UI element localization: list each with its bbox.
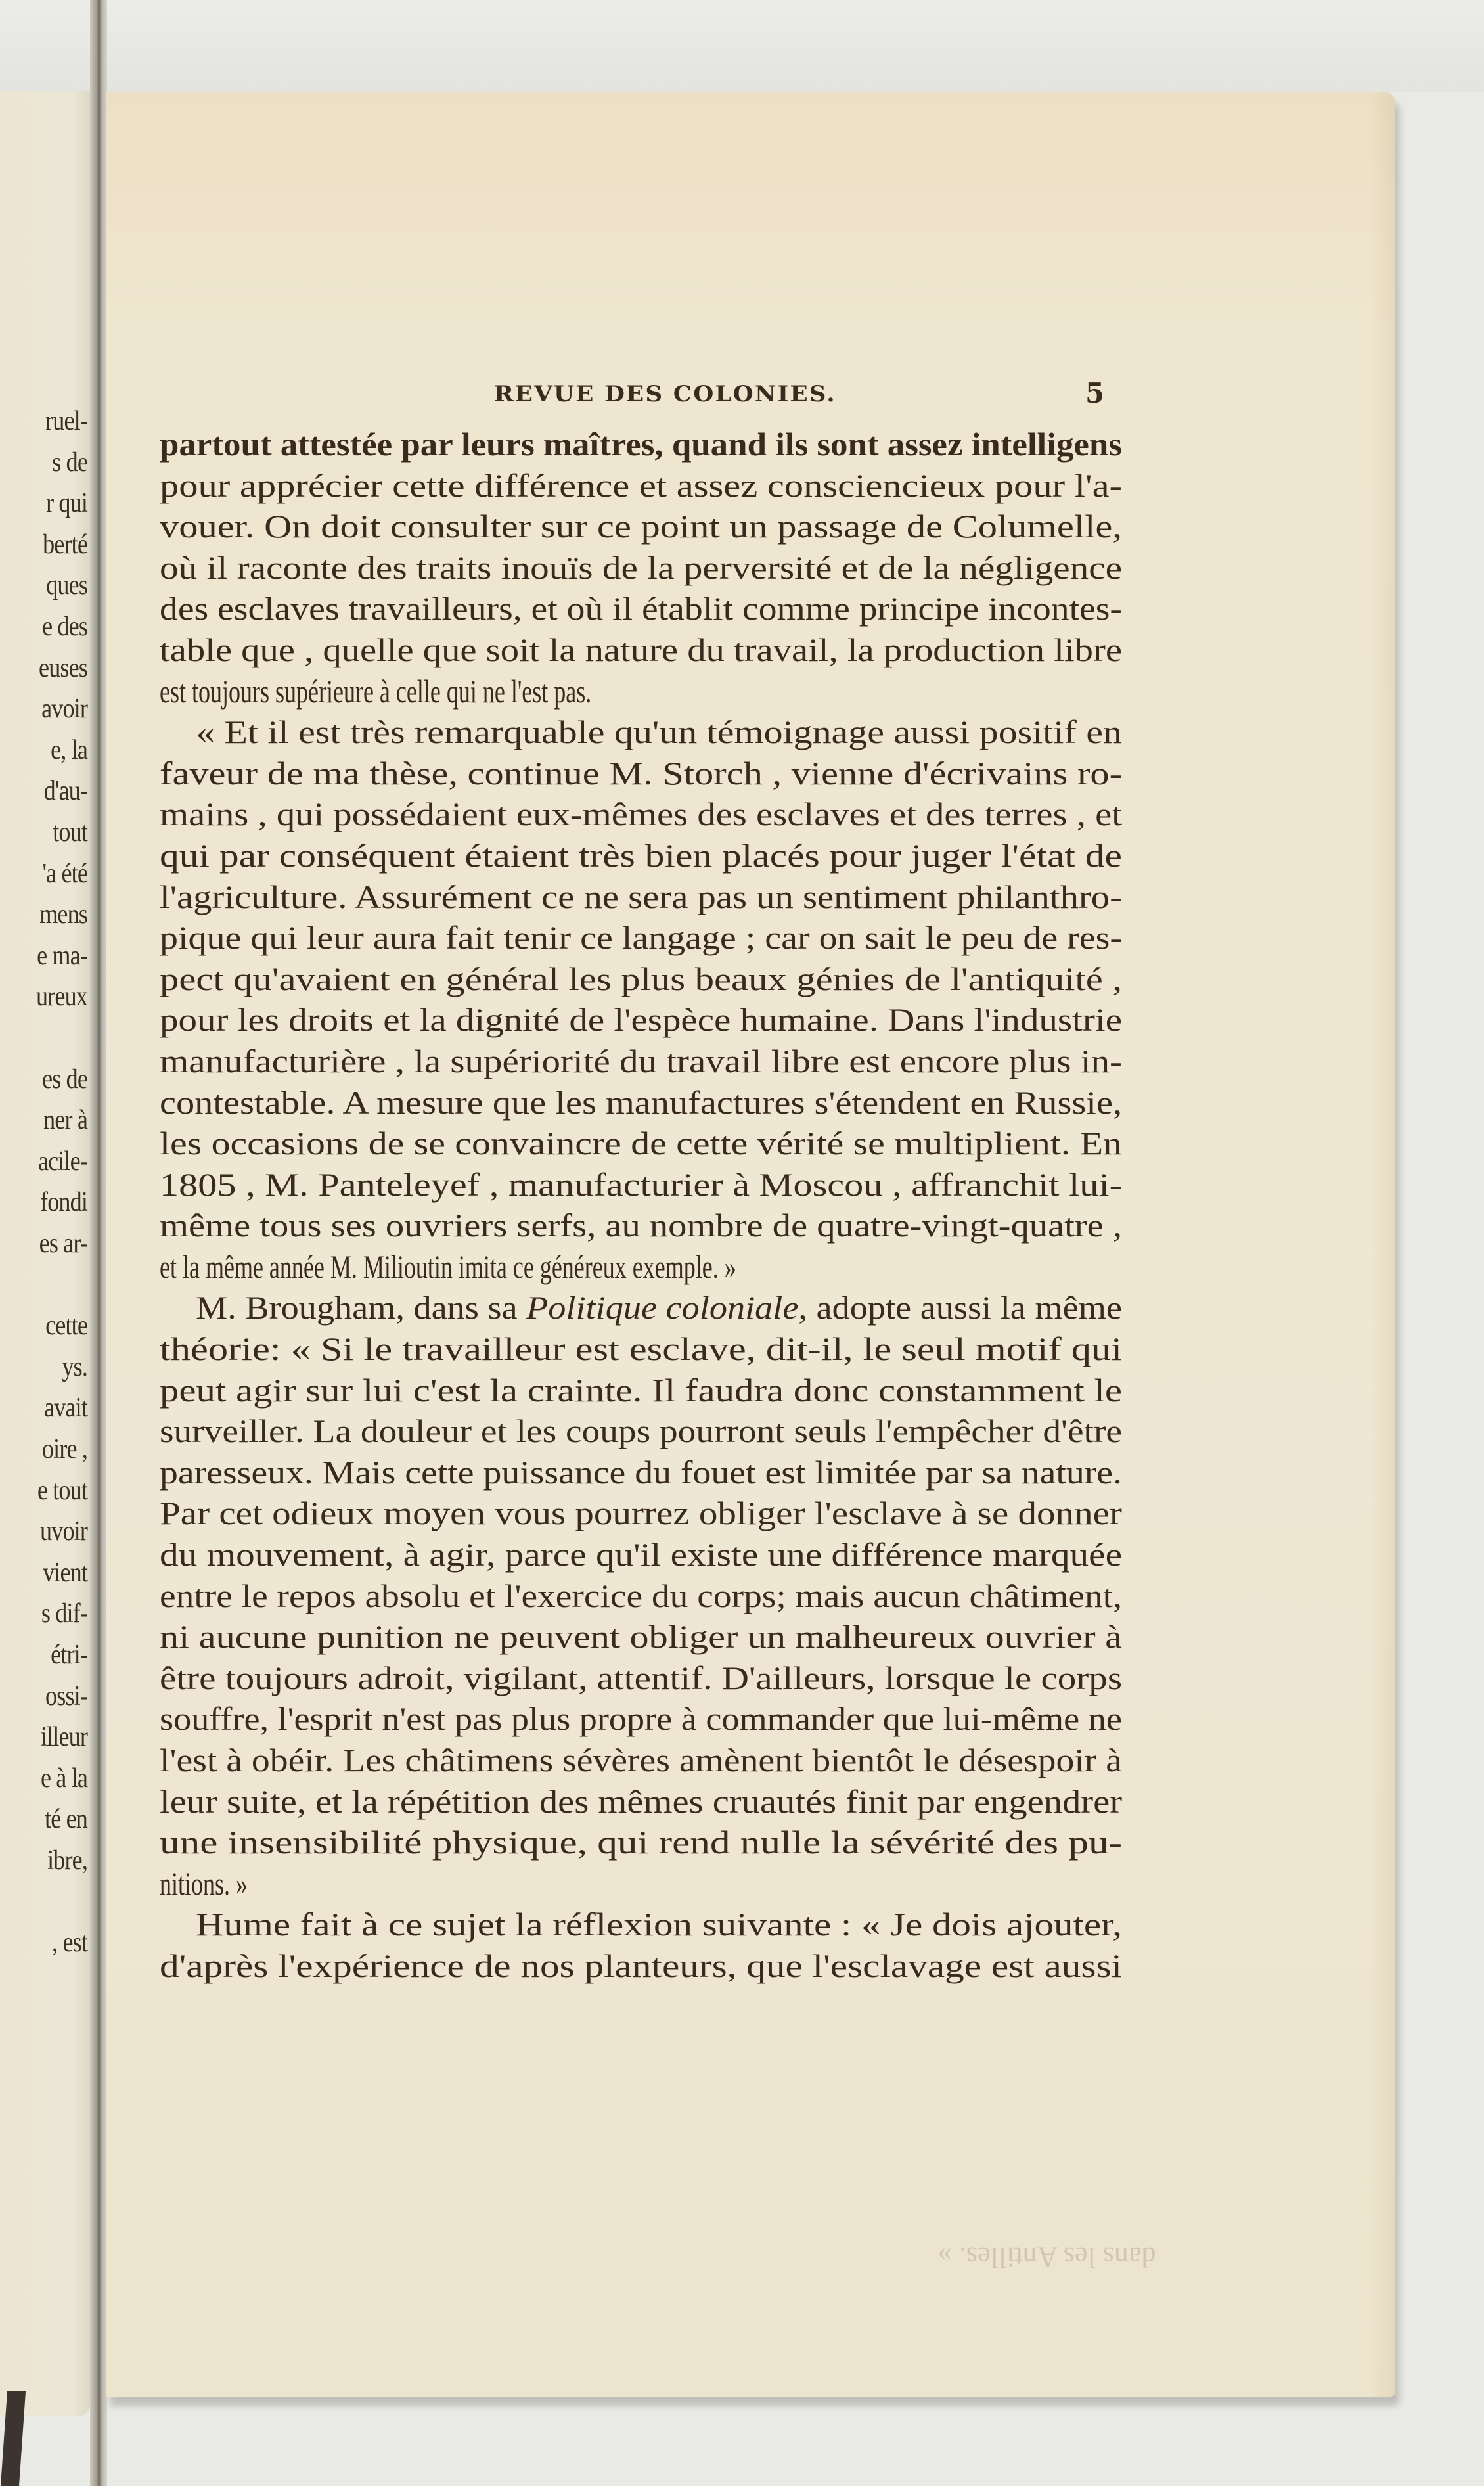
- text-line-content: une insensibilité physique, qui rend nul…: [160, 1822, 1122, 1863]
- scan-background: [0, 0, 1484, 92]
- text-line-content: où il raconte des traits inouïs de la pe…: [160, 547, 1122, 589]
- left-page-line: d'au-: [9, 771, 87, 812]
- text-line: faveur de ma thèse, continue M. Storch ,…: [160, 753, 1122, 794]
- text-line: ni aucune punition ne peuvent obliger un…: [160, 1616, 1122, 1658]
- text-line-content: d'après l'expérience de nos planteurs, q…: [160, 1945, 1122, 1987]
- text-line: partout attestée par leurs maîtres, quan…: [160, 424, 1122, 465]
- text-line-content: « Et il est très remarquable qu'un témoi…: [196, 712, 1122, 753]
- book-gutter: [90, 0, 107, 2486]
- left-page-line: berté: [9, 524, 87, 566]
- text-line: pour apprécier cette différence et assez…: [160, 465, 1122, 507]
- text-line: l'est à obéir. Les châtimens sévères amè…: [160, 1740, 1122, 1781]
- text-line-content: théorie: « Si le travailleur est esclave…: [160, 1328, 1122, 1370]
- left-page-line: euses: [9, 648, 87, 689]
- text-line-content: pour apprécier cette différence et assez…: [160, 465, 1122, 507]
- text-line: pique qui leur aura fait tenir ce langag…: [160, 917, 1122, 959]
- text-line: 1805 , M. Panteleyef , manufacturier à M…: [160, 1164, 1122, 1206]
- text-line: entre le repos absolu et l'exercice du c…: [160, 1575, 1122, 1617]
- text-line-content: les occasions de se convaincre de cette …: [160, 1123, 1122, 1164]
- running-head: REVUE DES COLONIES. 5: [106, 381, 1395, 420]
- text-line-content: pour les droits et la dignité de l'espèc…: [160, 999, 1122, 1041]
- left-page-line: ques: [9, 565, 87, 606]
- text-line: et la même année M. Milioutin imita ce g…: [160, 1246, 1122, 1288]
- left-page-line: tout: [9, 812, 87, 853]
- left-page-line: avoir: [9, 689, 87, 730]
- text-line: l'agriculture. Assurément ce ne sera pas…: [160, 876, 1122, 918]
- previous-page-fragment: ruel-s der quibertéquese deseusesavoire,…: [0, 91, 90, 2416]
- left-page-line: 'a été: [9, 853, 87, 895]
- text-line-content: surveiller. La douleur et les coups pour…: [160, 1411, 1122, 1452]
- left-page-line: ys.: [9, 1347, 87, 1388]
- text-line: pour les droits et la dignité de l'espèc…: [160, 999, 1122, 1041]
- text-line: pect qu'avaient en général les plus beau…: [160, 959, 1122, 1000]
- text-line-content: contestable. A mesure que les manufactur…: [160, 1082, 1122, 1123]
- text-line: vouer. On doit consulter sur ce point un…: [160, 506, 1122, 547]
- left-page-line: ureux: [9, 976, 87, 1018]
- left-page-line: r qui: [9, 483, 87, 524]
- text-line-content: entre le repos absolu et l'exercice du c…: [160, 1575, 1122, 1617]
- text-line-content: des esclaves travailleurs, et où il étab…: [160, 588, 1122, 629]
- left-page-line: e, la: [9, 730, 87, 771]
- text-line-content: et la même année M. Milioutin imita ce g…: [160, 1246, 736, 1288]
- text-line-content: l'agriculture. Assurément ce ne sera pas…: [160, 876, 1122, 918]
- text-line: leur suite, et la répétition des mêmes c…: [160, 1781, 1122, 1822]
- left-page-line: , est: [9, 1922, 87, 1964]
- text-line-content: est toujours supérieure à celle qui ne l…: [160, 671, 591, 712]
- text-line-content: même tous ses ouvriers serfs, au nombre …: [160, 1205, 1122, 1246]
- text-line-content: l'est à obéir. Les châtimens sévères amè…: [160, 1740, 1122, 1781]
- book-page: REVUE DES COLONIES. 5 partout attestée p…: [106, 92, 1395, 2397]
- text-line: surveiller. La douleur et les coups pour…: [160, 1411, 1122, 1452]
- left-page-line: e ma-: [9, 936, 87, 977]
- left-page-line: ruel-: [9, 401, 87, 442]
- left-page-line: es de: [9, 1059, 87, 1100]
- text-line-content: nitions. »: [160, 1863, 248, 1905]
- left-page-line: acile-: [9, 1141, 87, 1183]
- left-page-line: mens: [9, 894, 87, 936]
- body-text: partout attestée par leurs maîtres, quan…: [160, 424, 1122, 1987]
- text-line: table que , quelle que soit la nature du…: [160, 629, 1122, 671]
- text-line: M. Brougham, dans sa Politique coloniale…: [160, 1287, 1122, 1328]
- text-line: même tous ses ouvriers serfs, au nombre …: [160, 1205, 1122, 1246]
- text-line: théorie: « Si le travailleur est esclave…: [160, 1328, 1122, 1370]
- text-line: manufacturière , la supériorité du trava…: [160, 1041, 1122, 1082]
- text-line: qui par conséquent étaient très bien pla…: [160, 835, 1122, 876]
- left-page-line: oire ,: [9, 1429, 87, 1470]
- text-line: une insensibilité physique, qui rend nul…: [160, 1822, 1122, 1863]
- left-page-line: e des: [9, 606, 87, 648]
- text-line-content: qui par conséquent étaient très bien pla…: [160, 835, 1122, 876]
- text-line: contestable. A mesure que les manufactur…: [160, 1082, 1122, 1123]
- left-page-line: e tout: [9, 1470, 87, 1512]
- text-line: d'après l'expérience de nos planteurs, q…: [160, 1945, 1122, 1987]
- text-line-content: Hume fait à ce sujet la réflexion suivan…: [196, 1904, 1122, 1945]
- text-line-content: 1805 , M. Panteleyef , manufacturier à M…: [160, 1164, 1122, 1206]
- text-line: nitions. »: [160, 1863, 1122, 1905]
- italic-title: Politique coloniale: [526, 1289, 798, 1326]
- text-line: des esclaves travailleurs, et où il étab…: [160, 588, 1122, 629]
- text-line-content: peut agir sur lui c'est la crainte. Il f…: [160, 1370, 1122, 1411]
- left-page-line: illeur: [9, 1717, 87, 1758]
- left-page-line: e à la: [9, 1758, 87, 1799]
- left-page-line: es ar-: [9, 1223, 87, 1265]
- text-segment: M. Brougham, dans sa: [196, 1289, 526, 1326]
- text-line-content: faveur de ma thèse, continue M. Storch ,…: [160, 753, 1122, 794]
- left-page-line: té en: [9, 1799, 87, 1840]
- text-line: Hume fait à ce sujet la réflexion suivan…: [160, 1904, 1122, 1945]
- text-line: souffre, l'esprit n'est pas plus propre …: [160, 1698, 1122, 1740]
- bleed-through-text: dans les Antilles. »: [937, 2240, 1156, 2274]
- text-line: du mouvement, à agir, parce qu'il existe…: [160, 1534, 1122, 1575]
- text-line-content: leur suite, et la répétition des mêmes c…: [160, 1781, 1122, 1822]
- text-line: paresseux. Mais cette puissance du fouet…: [160, 1452, 1122, 1493]
- left-page-line: ossi-: [9, 1676, 87, 1717]
- text-line: les occasions de se convaincre de cette …: [160, 1123, 1122, 1164]
- text-line-content: pect qu'avaient en général les plus beau…: [160, 959, 1122, 1000]
- text-line-content: paresseux. Mais cette puissance du fouet…: [160, 1452, 1122, 1493]
- text-line-content: être toujours adroit, vigilant, attentif…: [160, 1658, 1122, 1699]
- left-page-line: s dif-: [9, 1593, 87, 1635]
- left-page-line: uvoir: [9, 1511, 87, 1552]
- text-line: où il raconte des traits inouïs de la pe…: [160, 547, 1122, 589]
- left-page-line: avait: [9, 1388, 87, 1429]
- text-line: « Et il est très remarquable qu'un témoi…: [160, 712, 1122, 753]
- left-page-line: fondi: [9, 1182, 87, 1223]
- text-line: être toujours adroit, vigilant, attentif…: [160, 1658, 1122, 1699]
- text-line-content: du mouvement, à agir, parce qu'il existe…: [160, 1534, 1122, 1575]
- left-page-line: s de: [9, 442, 87, 484]
- text-line-content: vouer. On doit consulter sur ce point un…: [160, 506, 1122, 547]
- left-page-line: ibre,: [9, 1840, 87, 1882]
- text-line: est toujours supérieure à celle qui ne l…: [160, 671, 1122, 712]
- text-line-content: M. Brougham, dans sa Politique coloniale…: [196, 1287, 1122, 1328]
- text-line-content: mains , qui possédaient eux-mêmes des es…: [160, 794, 1122, 835]
- text-line: Par cet odieux moyen vous pourrez oblige…: [160, 1493, 1122, 1534]
- text-line-content: pique qui leur aura fait tenir ce langag…: [160, 917, 1122, 959]
- text-line-content: ni aucune punition ne peuvent obliger un…: [160, 1616, 1122, 1658]
- left-page-line: cette: [9, 1305, 87, 1347]
- text-line-content: manufacturière , la supériorité du trava…: [160, 1041, 1122, 1082]
- text-line-content: Par cet odieux moyen vous pourrez oblige…: [160, 1493, 1122, 1534]
- left-page-line: étri-: [9, 1635, 87, 1676]
- text-line: mains , qui possédaient eux-mêmes des es…: [160, 794, 1122, 835]
- left-page-line: ner à: [9, 1100, 87, 1141]
- text-line-content: table que , quelle que soit la nature du…: [160, 629, 1122, 671]
- text-segment: , adopte aussi la même: [798, 1289, 1122, 1326]
- text-line-content: partout attestée par leurs maîtres, quan…: [160, 424, 1122, 465]
- running-title: REVUE DES COLONIES.: [494, 381, 836, 407]
- left-page-line: vient: [9, 1552, 87, 1594]
- text-line-content: souffre, l'esprit n'est pas plus propre …: [160, 1698, 1122, 1740]
- page-number: 5: [1085, 377, 1104, 409]
- text-line: peut agir sur lui c'est la crainte. Il f…: [160, 1370, 1122, 1411]
